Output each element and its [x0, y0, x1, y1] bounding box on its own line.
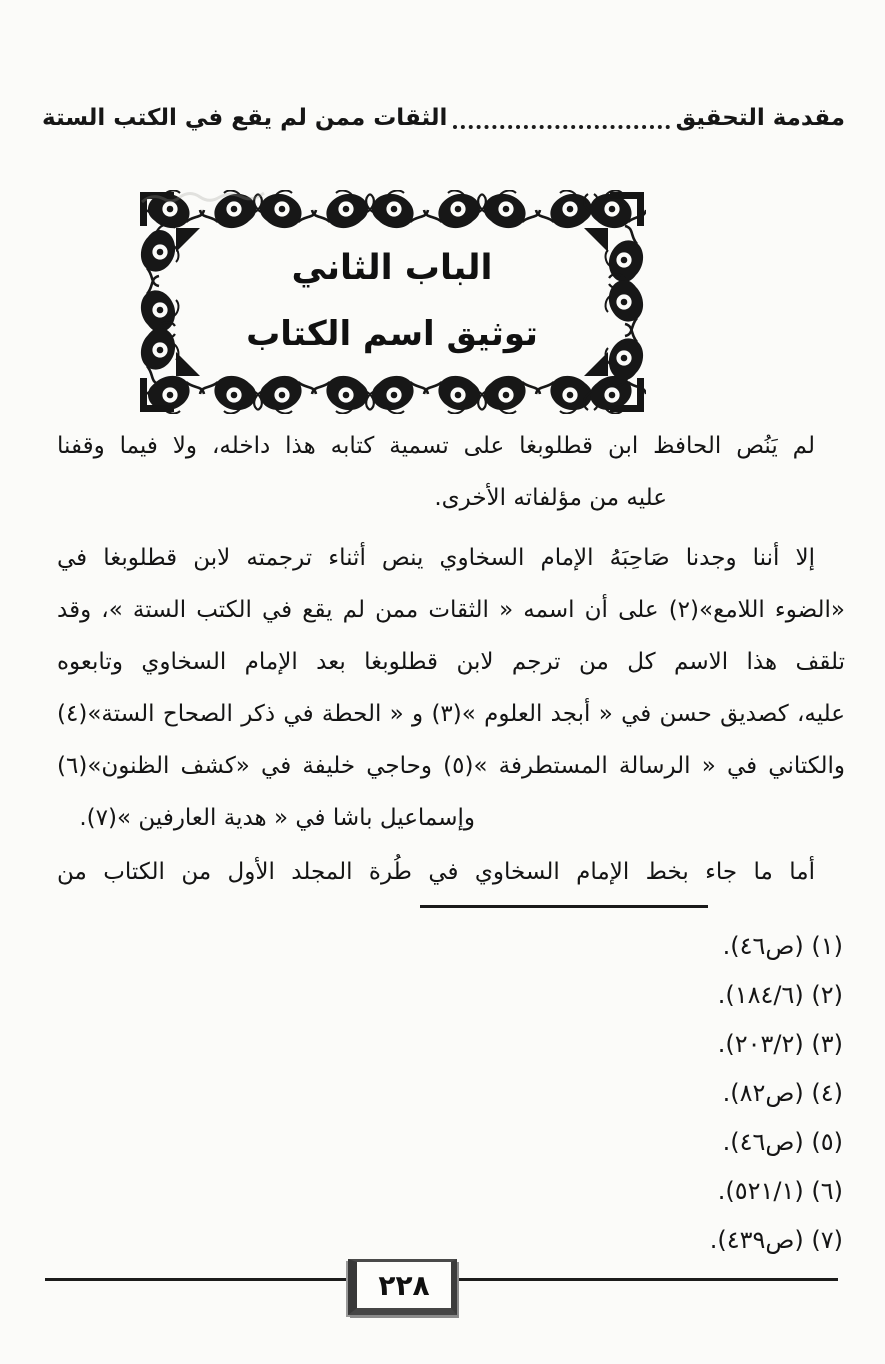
paragraph-2: إلا أننا وجدنا صَاحِبَهُ الإمام السخاوي … — [57, 532, 845, 844]
header-section-title: مقدمة التحقيق — [676, 98, 845, 138]
paragraph-line: لم يَنُص الحافظ ابن قطلوبغا على تسمية كت… — [57, 420, 845, 472]
paragraph-1: لم يَنُص الحافظ ابن قطلوبغا على تسمية كت… — [57, 420, 845, 524]
footnote-item: (٣) (٢٠٣/٢). — [57, 1020, 843, 1069]
footnotes-list: (١) (ص٤٦). (٢) (١٨٤/٦). (٣) (٢٠٣/٢). (٤)… — [57, 922, 843, 1265]
paragraph-line: عليه من مؤلفاته الأخرى. — [57, 472, 845, 524]
paragraph-line: عليه، كصديق حسن في « أبجد العلوم »(٣) و … — [57, 688, 845, 740]
paragraph-line: إلا أننا وجدنا صَاحِبَهُ الإمام السخاوي … — [57, 532, 845, 584]
footnote-separator — [420, 905, 708, 908]
paragraph-3: أما ما جاء بخط الإمام السخاوي في طُرة ال… — [57, 846, 845, 898]
paragraph-line: «الضوء اللامع»(٢) على أن اسمه « الثقات م… — [57, 584, 845, 636]
dot-leader — [453, 125, 669, 129]
footnote-item: (٦) (٥٢١/١). — [57, 1167, 843, 1216]
footnote-item: (٢) (١٨٤/٦). — [57, 971, 843, 1020]
header-book-title: الثقات ممن لم يقع في الكتب الستة — [42, 98, 447, 138]
paragraph-line: والكتاني في « الرسالة المستطرفة »(٥) وحا… — [57, 740, 845, 792]
footnote-item: (١) (ص٤٦). — [57, 922, 843, 971]
ornamental-border — [138, 190, 646, 414]
paragraph-line: وإسماعيل باشا في « هدية العارفين »(٧). — [57, 792, 845, 844]
footnote-item: (٤) (ص٨٢). — [57, 1069, 843, 1118]
chapter-title-frame: الباب الثاني توثيق اسم الكتاب — [138, 190, 646, 414]
faint-pencil-smudge — [138, 190, 268, 208]
footnote-item: (٧) (ص٤٣٩). — [57, 1216, 843, 1265]
running-header: مقدمة التحقيق الثقات ممن لم يقع في الكتب… — [42, 98, 845, 138]
footnote-item: (٥) (ص٤٦). — [57, 1118, 843, 1167]
page-number-box: ٢٢٨ — [348, 1259, 457, 1315]
book-page: مقدمة التحقيق الثقات ممن لم يقع في الكتب… — [0, 0, 885, 1364]
page-number: ٢٢٨ — [378, 1269, 429, 1302]
chapter-title-line1: الباب الثاني — [138, 246, 646, 290]
chapter-title-line2: توثيق اسم الكتاب — [138, 312, 646, 356]
paragraph-line: أما ما جاء بخط الإمام السخاوي في طُرة ال… — [57, 846, 845, 898]
paragraph-line: تلقف هذا الاسم كل من ترجم لابن قطلوبغا ب… — [57, 636, 845, 688]
